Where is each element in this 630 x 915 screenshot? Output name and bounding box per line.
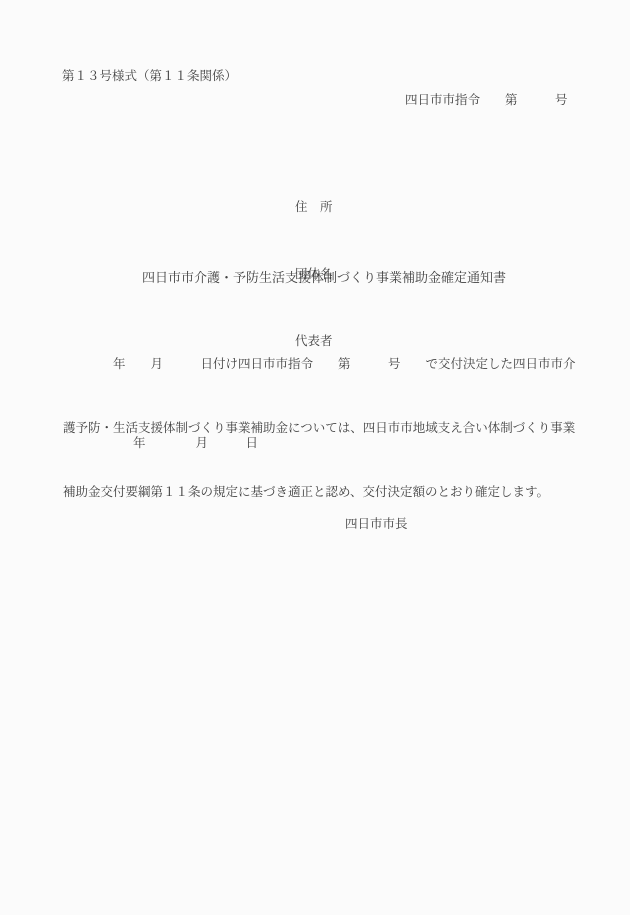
document-page: 第１３号様式（第１１条関係） 四日市市指令 第 号 住 所 団体名 代表者 四日… xyxy=(0,0,630,915)
document-title: 四日市市介護・予防生活支援体制づくり事業補助金確定通知書 xyxy=(142,270,506,286)
form-number-label: 第１３号様式（第１１条関係） xyxy=(62,69,237,83)
body-line-3: 補助金交付要綱第１１条の規定に基づき適正と認め、交付決定額のとおり確定します。 xyxy=(63,482,579,503)
directive-number-line: 四日市市指令 第 号 xyxy=(405,93,568,107)
body-paragraph: 年 月 日付け四日市市指令 第 号 で交付決定した四日市市介 護予防・生活支援体… xyxy=(63,311,579,546)
date-line: 年 月 日 xyxy=(133,436,258,450)
body-line-1: 年 月 日付け四日市市指令 第 号 で交付決定した四日市市介 xyxy=(63,354,579,375)
addressee-address-label: 住 所 xyxy=(295,196,333,218)
mayor-signature-label: 四日市市長 xyxy=(345,517,408,531)
